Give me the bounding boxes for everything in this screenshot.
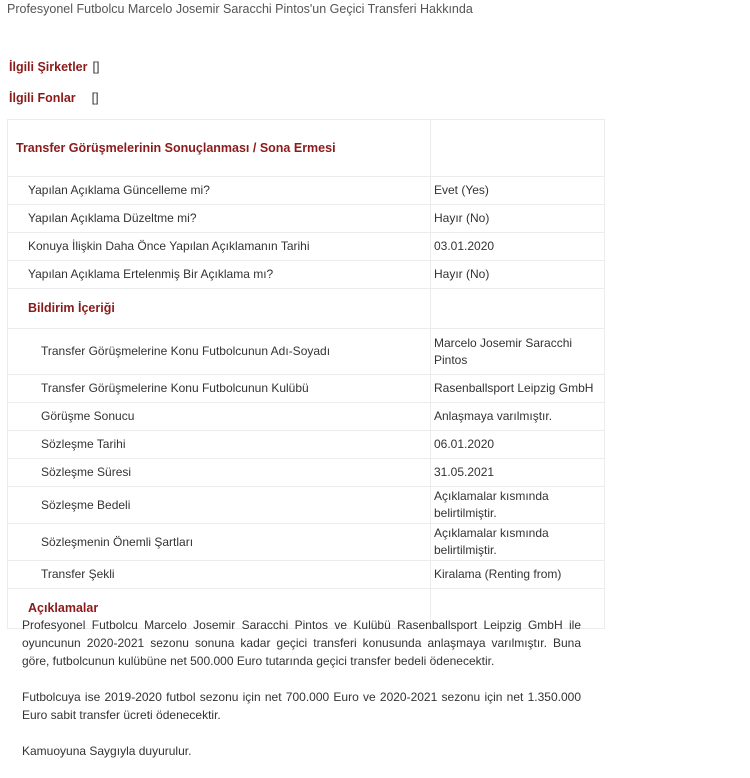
- row-label: Sözleşmenin Önemli Şartları: [8, 524, 431, 561]
- row-label: Transfer Görüşmelerine Konu Futbolcunun …: [8, 375, 431, 403]
- description-paragraph: Futbolcuya ise 2019-2020 futbol sezonu i…: [22, 688, 581, 724]
- row-value: Marcelo Josemir Saracchi Pintos: [431, 329, 605, 375]
- row-label: Transfer Şekli: [8, 561, 431, 589]
- row-label: Sözleşme Bedeli: [8, 487, 431, 524]
- row-value: Evet (Yes): [431, 177, 605, 205]
- row-label: Yapılan Açıklama Düzeltme mi?: [8, 205, 431, 233]
- table-row: Sözleşme Bedeli Açıklamalar kısmında bel…: [8, 487, 605, 524]
- page-title: Profesyonel Futbolcu Marcelo Josemir Sar…: [7, 2, 473, 16]
- row-label: Yapılan Açıklama Güncelleme mi?: [8, 177, 431, 205]
- row-label: Konuya İlişkin Daha Önce Yapılan Açıklam…: [8, 233, 431, 261]
- table-row: Transfer Şekli Kiralama (Renting from): [8, 561, 605, 589]
- section-title: Transfer Görüşmelerinin Sonuçlanması / S…: [8, 120, 431, 177]
- description-paragraph: Kamuoyuna Saygıyla duyurulur.: [22, 742, 581, 760]
- row-value: Rasenballsport Leipzig GmbH: [431, 375, 605, 403]
- row-value: Anlaşmaya varılmıştır.: [431, 403, 605, 431]
- row-value: Açıklamalar kısmında belirtilmiştir.: [431, 524, 605, 561]
- row-label: Sözleşme Tarihi: [8, 431, 431, 459]
- table-row: Sözleşmenin Önemli Şartları Açıklamalar …: [8, 524, 605, 561]
- disclosure-table: Transfer Görüşmelerinin Sonuçlanması / S…: [7, 119, 605, 629]
- table-row: Konuya İlişkin Daha Önce Yapılan Açıklam…: [8, 233, 605, 261]
- table-row: Görüşme Sonucu Anlaşmaya varılmıştır.: [8, 403, 605, 431]
- table-row: Yapılan Açıklama Düzeltme mi? Hayır (No): [8, 205, 605, 233]
- table-row: Transfer Görüşmelerine Konu Futbolcunun …: [8, 375, 605, 403]
- row-value: Kiralama (Renting from): [431, 561, 605, 589]
- table-row: Sözleşme Tarihi 06.01.2020: [8, 431, 605, 459]
- row-label: Sözleşme Süresi: [8, 459, 431, 487]
- row-label: Görüşme Sonucu: [8, 403, 431, 431]
- table-row: Yapılan Açıklama Güncelleme mi? Evet (Ye…: [8, 177, 605, 205]
- table-row: Sözleşme Süresi 31.05.2021: [8, 459, 605, 487]
- row-value: Hayır (No): [431, 261, 605, 289]
- row-value: Hayır (No): [431, 205, 605, 233]
- table-row: Transfer Görüşmelerine Konu Futbolcunun …: [8, 329, 605, 375]
- related-funds: İlgili Fonlar[]: [9, 91, 99, 105]
- row-value: Açıklamalar kısmında belirtilmiştir.: [431, 487, 605, 524]
- related-companies-label: İlgili Şirketler: [9, 60, 88, 74]
- row-label: Yapılan Açıklama Ertelenmiş Bir Açıklama…: [8, 261, 431, 289]
- row-value: 31.05.2021: [431, 459, 605, 487]
- related-companies-value: []: [93, 60, 100, 74]
- section-title: Bildirim İçeriği: [8, 289, 431, 329]
- section-header: Transfer Görüşmelerinin Sonuçlanması / S…: [8, 120, 605, 177]
- row-value: 06.01.2020: [431, 431, 605, 459]
- table-row: Yapılan Açıklama Ertelenmiş Bir Açıklama…: [8, 261, 605, 289]
- row-label: Transfer Görüşmelerine Konu Futbolcunun …: [8, 329, 431, 375]
- related-funds-label: İlgili Fonlar: [9, 91, 76, 105]
- row-value: 03.01.2020: [431, 233, 605, 261]
- description-paragraph: Profesyonel Futbolcu Marcelo Josemir Sar…: [22, 616, 581, 670]
- related-companies: İlgili Şirketler[]: [9, 60, 99, 74]
- section-header: Bildirim İçeriği: [8, 289, 605, 329]
- description-text: Profesyonel Futbolcu Marcelo Josemir Sar…: [22, 616, 581, 778]
- related-funds-value: []: [92, 91, 99, 105]
